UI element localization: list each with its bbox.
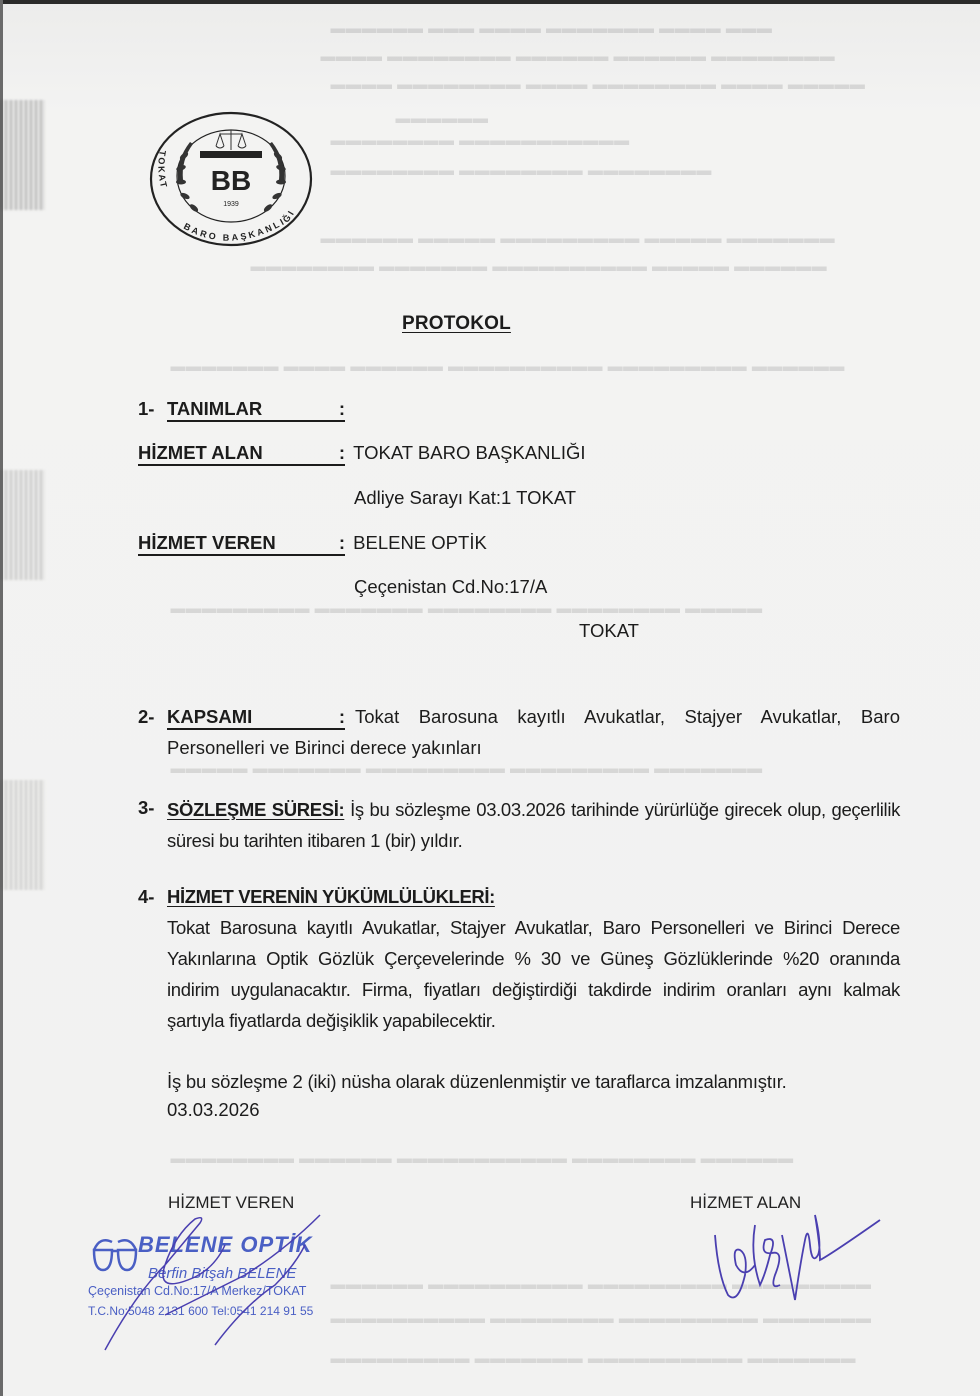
scan-smudge xyxy=(0,470,45,580)
service-receiver-address: Adliye Sarayı Kat:1 TOKAT xyxy=(354,487,576,509)
svg-text:BB: BB xyxy=(211,165,251,196)
scope-text-line1: Tokat Barosuna kayıtlı Avukatlar, Stajye… xyxy=(355,706,900,728)
scan-smudge xyxy=(0,780,45,890)
svg-text:BARO BAŞKANLIĞI: BARO BAŞKANLIĞI xyxy=(182,207,297,243)
service-receiver-name: TOKAT BARO BAŞKANLIĞI xyxy=(353,442,585,463)
section-heading: HİZMET VERENİN YÜKÜMLÜLÜKLERİ: xyxy=(167,886,495,908)
closing-date: 03.03.2026 xyxy=(167,1099,260,1121)
section-heading: SÖZLEŞME SÜRESİ: xyxy=(167,799,344,820)
section-scope: 2-KAPSAMI: Tokat Barosuna kayıtlı Avukat… xyxy=(138,706,900,730)
document-page: ▬▬▬ ▬▬▬▬ ▬▬▬▬▬▬▬ ▬▬▬▬ ▬▬▬ ▬▬▬▬▬▬ ▬▬▬▬▬▬▬… xyxy=(0,0,980,1396)
service-provider-row: HİZMET VEREN: BELENE OPTİK xyxy=(138,532,487,556)
service-provider-name: BELENE OPTİK xyxy=(353,532,487,553)
service-provider-address-line1: Çeçenistan Cd.No:17/A xyxy=(354,576,547,598)
section-heading: TANIMLAR: xyxy=(167,399,345,422)
svg-text:TOKAT: TOKAT xyxy=(156,150,169,191)
obligations-text: Tokat Barosuna kayıtlı Avukatlar, Stajye… xyxy=(167,912,900,1036)
provider-signature xyxy=(95,1205,335,1355)
receiver-signature xyxy=(710,1195,890,1305)
section-heading: KAPSAMI: xyxy=(167,707,345,730)
section-number: 2- xyxy=(138,706,167,728)
svg-text:1939: 1939 xyxy=(223,201,239,208)
scan-top-edge xyxy=(0,0,980,4)
section-number: 3- xyxy=(138,797,154,819)
document-title: PROTOKOL xyxy=(402,313,511,335)
section-number: 4- xyxy=(138,886,154,908)
closing-statement: İş bu sözleşme 2 (iki) nüsha olarak düze… xyxy=(167,1066,900,1097)
tokat-bar-logo: BB 1939 TOKAT BARO BAŞKANLIĞI xyxy=(148,110,314,248)
service-provider-label: HİZMET VEREN: xyxy=(138,533,345,556)
service-receiver-label: HİZMET ALAN: xyxy=(138,443,345,466)
scope-text-line2: Personelleri ve Birinci derece yakınları xyxy=(167,737,482,759)
service-receiver-row: HİZMET ALAN: TOKAT BARO BAŞKANLIĞI xyxy=(138,442,586,466)
scan-smudge xyxy=(0,100,45,210)
section-duration: SÖZLEŞME SÜRESİ: İş bu sözleşme 03.03.20… xyxy=(167,794,900,856)
service-provider-address-line2: TOKAT xyxy=(579,620,639,642)
section-number: 1- xyxy=(138,398,167,420)
section-definitions: 1-TANIMLAR: xyxy=(138,398,345,422)
